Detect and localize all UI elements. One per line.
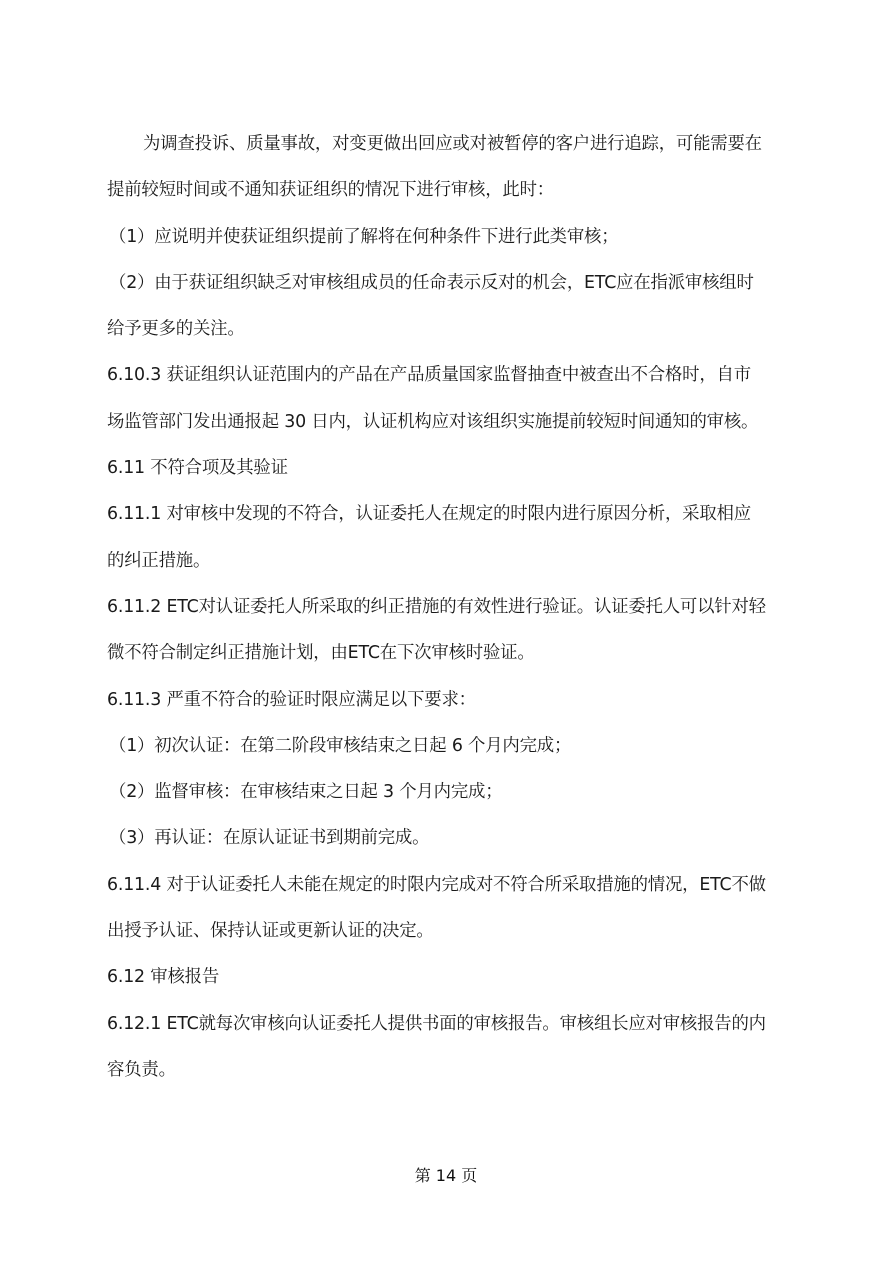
paragraph-line: 容负责。 <box>107 1047 791 1093</box>
paragraph-line: 提前较短时间或不通知获证组织的情况下进行审核，此时： <box>107 167 791 213</box>
section-heading-6-11: 6.11 不符合项及其验证 <box>107 445 791 491</box>
clause-6-10-3: 6.10.3 获证组织认证范围内的产品在产品质量国家监督抽查中被查出不合格时，自… <box>107 352 791 398</box>
list-item: （1）初次认证：在第二阶段审核结束之日起 6 个月内完成； <box>107 723 791 769</box>
clause-6-11-2: 6.11.2 ETC对认证委托人所采取的纠正措施的有效性进行验证。认证委托人可以… <box>107 584 791 630</box>
list-item: （2）由于获证组织缺乏对审核组成员的任命表示反对的机会，ETC应在指派审核组时 <box>107 260 791 306</box>
clause-6-11-3: 6.11.3 严重不符合的验证时限应满足以下要求： <box>107 677 791 723</box>
document-page: 为调查投诉、质量事故，对变更做出回应或对被暂停的客户进行追踪，可能需要在 提前较… <box>0 0 892 1262</box>
paragraph-line: 出授予认证、保持认证或更新认证的决定。 <box>107 908 791 954</box>
paragraph-line: 的纠正措施。 <box>107 538 791 584</box>
paragraph-line: 场监管部门发出通报起 30 日内，认证机构应对该组织实施提前较短时间通知的审核。 <box>107 399 791 445</box>
list-item: （3）再认证：在原认证证书到期前完成。 <box>107 815 791 861</box>
document-body: 为调查投诉、质量事故，对变更做出回应或对被暂停的客户进行追踪，可能需要在 提前较… <box>107 121 791 1093</box>
paragraph-line: 为调查投诉、质量事故，对变更做出回应或对被暂停的客户进行追踪，可能需要在 <box>107 121 791 167</box>
paragraph-line: 微不符合制定纠正措施计划，由ETC在下次审核时验证。 <box>107 630 791 676</box>
section-heading-6-12: 6.12 审核报告 <box>107 954 791 1000</box>
list-item: （2）监督审核：在审核结束之日起 3 个月内完成； <box>107 769 791 815</box>
page-number: 第 14 页 <box>0 1163 892 1186</box>
clause-6-11-4: 6.11.4 对于认证委托人未能在规定的时限内完成对不符合所采取措施的情况，ET… <box>107 862 791 908</box>
clause-6-12-1: 6.12.1 ETC就每次审核向认证委托人提供书面的审核报告。审核组长应对审核报… <box>107 1001 791 1047</box>
list-item: （1）应说明并使获证组织提前了解将在何种条件下进行此类审核； <box>107 214 791 260</box>
paragraph-line: 给予更多的关注。 <box>107 306 791 352</box>
clause-6-11-1: 6.11.1 对审核中发现的不符合，认证委托人在规定的时限内进行原因分析，采取相… <box>107 491 791 537</box>
